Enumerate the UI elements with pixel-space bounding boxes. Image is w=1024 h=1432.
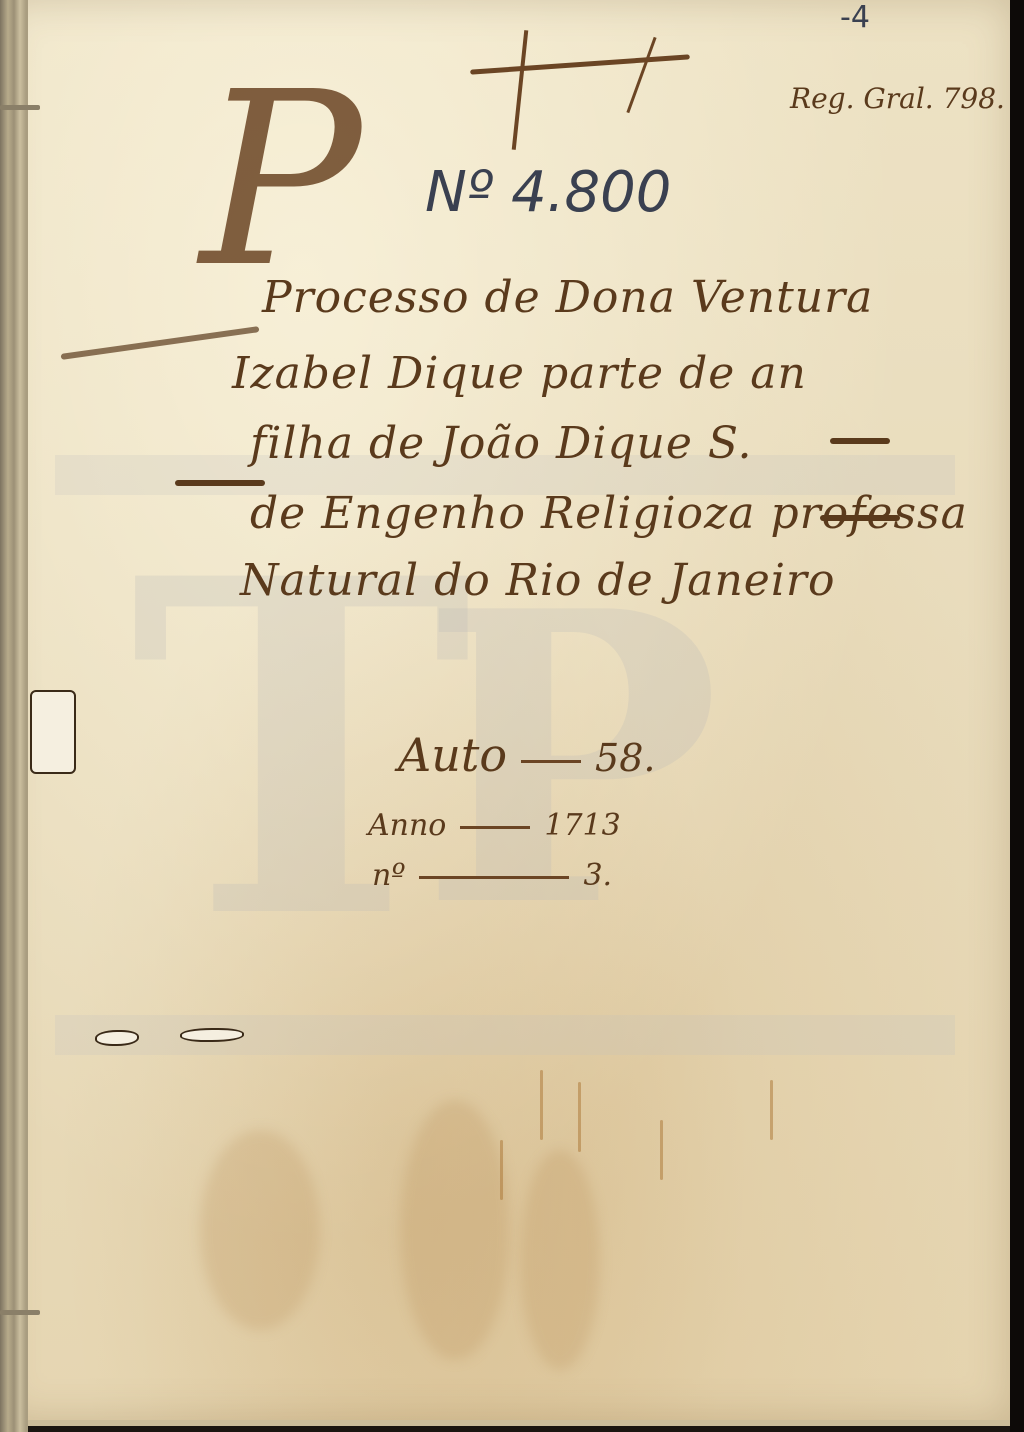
title-line-2: Izabel Dique parte de an: [232, 348, 807, 399]
field-dash: [419, 876, 569, 879]
torn-patch: [30, 690, 76, 774]
binding-stitch: [0, 105, 40, 110]
scan-background-edge: [1010, 0, 1024, 1432]
auto-label: Auto: [398, 728, 507, 782]
pen-flourish: [61, 326, 260, 360]
auto-field: Auto58.: [398, 728, 655, 782]
title-line-1: Processo de Dona Ventura: [262, 272, 873, 323]
auto-value: 58.: [595, 736, 655, 780]
ink-drip: [500, 1140, 503, 1200]
number-value: 3.: [583, 858, 612, 893]
water-stain: [200, 1130, 320, 1330]
register-reference: Reg. Gral. 798.: [790, 82, 1005, 115]
ink-drip: [770, 1080, 773, 1140]
anno-label: Anno: [368, 808, 446, 843]
water-stain: [520, 1150, 600, 1370]
title-line-3: filha de João Dique S.: [250, 418, 752, 469]
folio-number: -4: [840, 0, 870, 35]
initial-letter: P: [200, 60, 361, 300]
ink-drip: [578, 1082, 581, 1152]
field-dash: [521, 760, 581, 763]
ink-drip: [660, 1120, 663, 1180]
cross-mark: [470, 54, 690, 74]
thread-binding: [0, 0, 28, 1432]
pen-flourish: [830, 438, 890, 444]
anno-field: Anno1713: [368, 808, 621, 843]
binding-stitch: [0, 1310, 40, 1315]
title-line-5: Natural do Rio de Janeiro: [240, 555, 835, 606]
field-dash: [460, 826, 530, 829]
cross-mark: [512, 30, 529, 150]
ink-drip: [540, 1070, 543, 1140]
worm-hole: [95, 1030, 139, 1046]
pen-flourish: [175, 480, 265, 486]
anno-value: 1713: [544, 808, 620, 843]
catalog-number: Nº 4.800: [425, 160, 671, 225]
water-stain: [400, 1100, 510, 1360]
title-line-4: de Engenho Religioza professa: [250, 488, 968, 539]
manuscript-page: T P -4 Reg. Gral. 798. P Nº 4.800 Proces…: [0, 0, 1018, 1426]
worm-hole: [180, 1028, 244, 1042]
cross-mark: [626, 37, 656, 113]
number-label: nº: [372, 858, 405, 893]
number-field: nº3.: [372, 858, 612, 893]
